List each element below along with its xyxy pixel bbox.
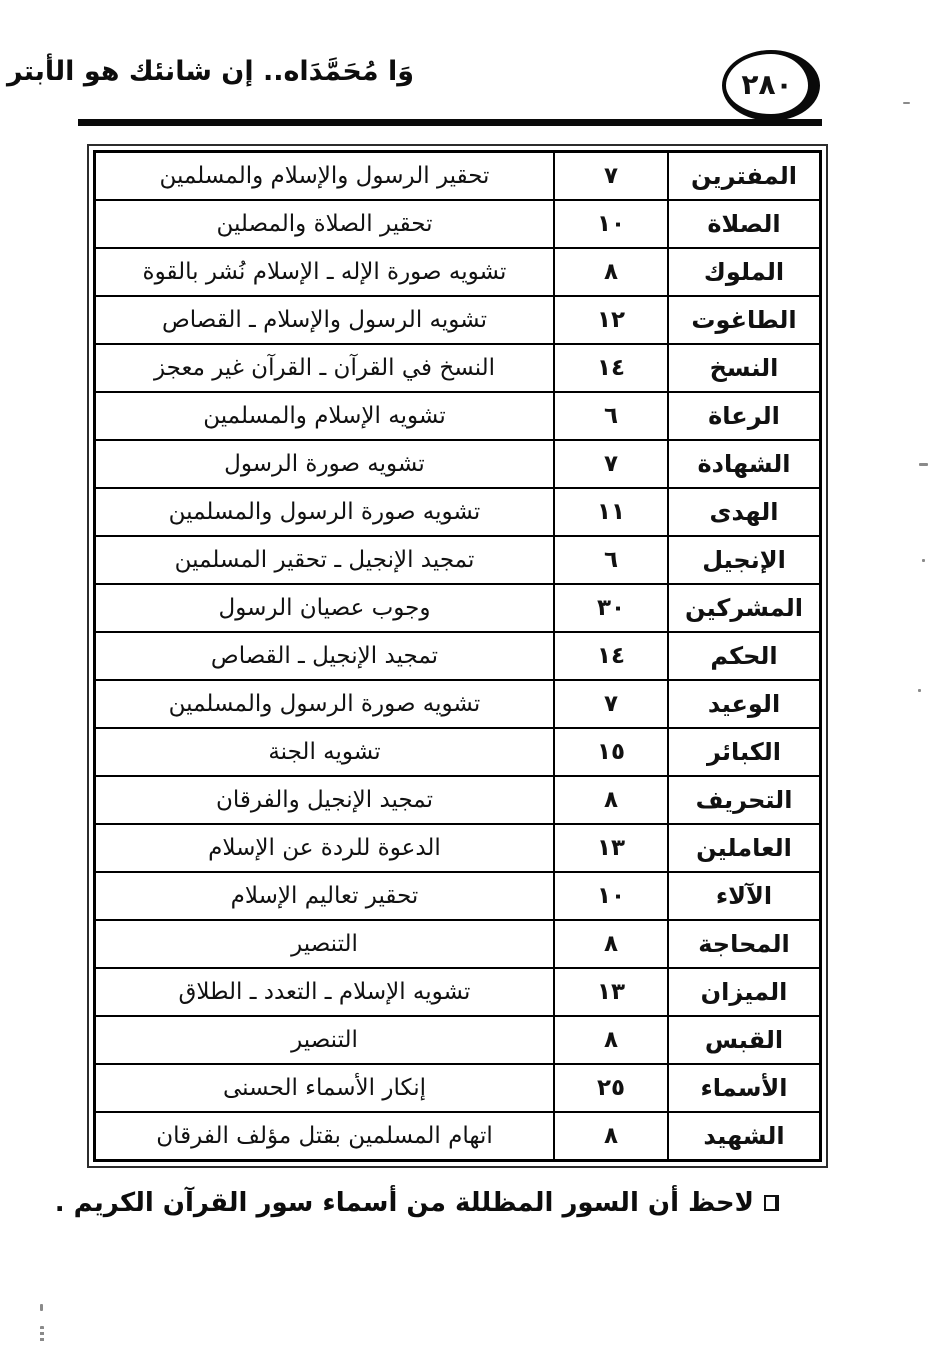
table-row: الآلاء ١٠ تحقير تعاليم الإسلام — [95, 872, 821, 920]
count-cell: ٨ — [554, 1016, 668, 1064]
table-row: المشركين ٣٠ وجوب عصيان الرسول — [95, 584, 821, 632]
table-row: الشهيد ٨ اتهام المسلمين بقتل مؤلف الفرقا… — [95, 1112, 821, 1161]
count-cell: ١٠ — [554, 872, 668, 920]
scan-speck — [918, 689, 921, 692]
square-bullet-icon — [764, 1195, 779, 1211]
surah-name-cell: الشهيد — [668, 1112, 821, 1161]
claim-desc-cell: تشويه صورة الرسول والمسلمين — [95, 680, 555, 728]
claims-table: المفترين ٧ تحقير الرسول والإسلام والمسلم… — [93, 150, 822, 1162]
surah-name-cell: النسخ — [668, 344, 821, 392]
count-cell: ٦ — [554, 536, 668, 584]
count-cell: ٨ — [554, 1112, 668, 1161]
scan-speck — [903, 102, 910, 104]
table-row: الحكم ١٤ تمجيد الإنجيل ـ القصاص — [95, 632, 821, 680]
footnote: لاحظ أن السور المظللة من أسماء سور القرآ… — [55, 1188, 779, 1218]
table-row: التحريف ٨ تمجيد الإنجيل والفرقان — [95, 776, 821, 824]
surah-name-cell: الميزان — [668, 968, 821, 1016]
table-row: الكبائر ١٥ تشويه الجنة — [95, 728, 821, 776]
count-cell: ٦ — [554, 392, 668, 440]
scan-speck — [40, 1326, 44, 1342]
claim-desc-cell: تشويه صورة الإله ـ الإسلام نُشر بالقوة — [95, 248, 555, 296]
claim-desc-cell: تشويه الجنة — [95, 728, 555, 776]
surah-name-cell: الرعاة — [668, 392, 821, 440]
count-cell: ٧ — [554, 440, 668, 488]
claim-desc-cell: تحقير تعاليم الإسلام — [95, 872, 555, 920]
table-row: الأسماء ٢٥ إنكار الأسماء الحسنى — [95, 1064, 821, 1112]
surah-name-cell: الإنجيل — [668, 536, 821, 584]
table-row: الشهادة ٧ تشويه صورة الرسول — [95, 440, 821, 488]
claim-desc-cell: تمجيد الإنجيل ـ تحقير المسلمين — [95, 536, 555, 584]
count-cell: ٢٥ — [554, 1064, 668, 1112]
claim-desc-cell: النسخ في القرآن ـ القرآن غير معجز — [95, 344, 555, 392]
page-number: ٢٨٠ — [741, 68, 792, 101]
surah-name-cell: المفترين — [668, 152, 821, 201]
count-cell: ١٤ — [554, 344, 668, 392]
claim-desc-cell: تشويه الإسلام ـ التعدد ـ الطلاق — [95, 968, 555, 1016]
count-cell: ١١ — [554, 488, 668, 536]
page-number-badge: ٢٨٠ — [722, 50, 820, 121]
surah-name-cell: الصلاة — [668, 200, 821, 248]
count-cell: ١٣ — [554, 968, 668, 1016]
surah-name-cell: الأسماء — [668, 1064, 821, 1112]
surah-claims-table: المفترين ٧ تحقير الرسول والإسلام والمسلم… — [87, 144, 828, 1168]
count-cell: ٧ — [554, 152, 668, 201]
surah-name-cell: المشركين — [668, 584, 821, 632]
book-page: وَا مُحَمَّدَاه.. إن شانئك هو الأبتر ٢٨٠… — [0, 0, 942, 1367]
table-row: الوعيد ٧ تشويه صورة الرسول والمسلمين — [95, 680, 821, 728]
table-row: الميزان ١٣ تشويه الإسلام ـ التعدد ـ الطل… — [95, 968, 821, 1016]
count-cell: ٣٠ — [554, 584, 668, 632]
claim-desc-cell: تحقير الرسول والإسلام والمسلمين — [95, 152, 555, 201]
scan-speck — [40, 1304, 43, 1311]
count-cell: ٨ — [554, 248, 668, 296]
count-cell: ١٤ — [554, 632, 668, 680]
table-row: الرعاة ٦ تشويه الإسلام والمسلمين — [95, 392, 821, 440]
table-row: المحاجة ٨ التنصير — [95, 920, 821, 968]
count-cell: ١٢ — [554, 296, 668, 344]
scan-speck — [919, 463, 928, 466]
count-cell: ٨ — [554, 776, 668, 824]
table-row: النسخ ١٤ النسخ في القرآن ـ القرآن غير مع… — [95, 344, 821, 392]
surah-name-cell: التحريف — [668, 776, 821, 824]
count-cell: ٨ — [554, 920, 668, 968]
claim-desc-cell: تشويه صورة الرسول — [95, 440, 555, 488]
count-cell: ٧ — [554, 680, 668, 728]
count-cell: ١٥ — [554, 728, 668, 776]
surah-name-cell: الملوك — [668, 248, 821, 296]
footnote-text: لاحظ أن السور المظللة من أسماء سور القرآ… — [55, 1188, 754, 1218]
table-row: الهدى ١١ تشويه صورة الرسول والمسلمين — [95, 488, 821, 536]
claim-desc-cell: اتهام المسلمين بقتل مؤلف الفرقان — [95, 1112, 555, 1161]
claim-desc-cell: تحقير الصلاة والمصلين — [95, 200, 555, 248]
table-row: الإنجيل ٦ تمجيد الإنجيل ـ تحقير المسلمين — [95, 536, 821, 584]
header-rule — [78, 119, 822, 126]
surah-name-cell: المحاجة — [668, 920, 821, 968]
surah-name-cell: الشهادة — [668, 440, 821, 488]
claim-desc-cell: تشويه الرسول والإسلام ـ القصاص — [95, 296, 555, 344]
running-header-title: وَا مُحَمَّدَاه.. إن شانئك هو الأبتر — [78, 56, 414, 87]
table-row: الملوك ٨ تشويه صورة الإله ـ الإسلام نُشر… — [95, 248, 821, 296]
count-cell: ١٠ — [554, 200, 668, 248]
table-row: الصلاة ١٠ تحقير الصلاة والمصلين — [95, 200, 821, 248]
surah-name-cell: الآلاء — [668, 872, 821, 920]
table-row: المفترين ٧ تحقير الرسول والإسلام والمسلم… — [95, 152, 821, 201]
surah-name-cell: الوعيد — [668, 680, 821, 728]
table-row: العاملين ١٣ الدعوة للردة عن الإسلام — [95, 824, 821, 872]
count-cell: ١٣ — [554, 824, 668, 872]
surah-name-cell: القبس — [668, 1016, 821, 1064]
table-row: القبس ٨ التنصير — [95, 1016, 821, 1064]
table-body: المفترين ٧ تحقير الرسول والإسلام والمسلم… — [95, 152, 821, 1161]
claim-desc-cell: تمجيد الإنجيل والفرقان — [95, 776, 555, 824]
surah-name-cell: الحكم — [668, 632, 821, 680]
surah-name-cell: الكبائر — [668, 728, 821, 776]
table-row: الطاغوت ١٢ تشويه الرسول والإسلام ـ القصا… — [95, 296, 821, 344]
claim-desc-cell: تشويه الإسلام والمسلمين — [95, 392, 555, 440]
claim-desc-cell: تمجيد الإنجيل ـ القصاص — [95, 632, 555, 680]
claim-desc-cell: تشويه صورة الرسول والمسلمين — [95, 488, 555, 536]
claim-desc-cell: التنصير — [95, 920, 555, 968]
claim-desc-cell: وجوب عصيان الرسول — [95, 584, 555, 632]
claim-desc-cell: التنصير — [95, 1016, 555, 1064]
surah-name-cell: العاملين — [668, 824, 821, 872]
claim-desc-cell: الدعوة للردة عن الإسلام — [95, 824, 555, 872]
scan-speck — [922, 559, 925, 562]
surah-name-cell: الهدى — [668, 488, 821, 536]
claim-desc-cell: إنكار الأسماء الحسنى — [95, 1064, 555, 1112]
surah-name-cell: الطاغوت — [668, 296, 821, 344]
